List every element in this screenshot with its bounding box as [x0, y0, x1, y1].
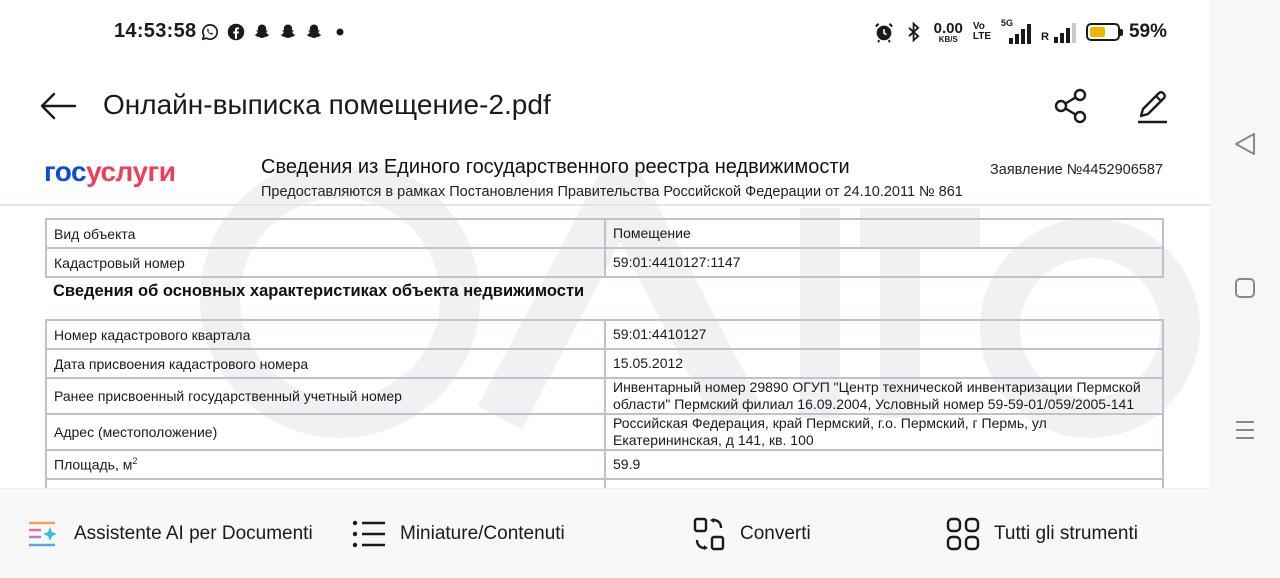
- table-key: Кадастровый номер: [46, 248, 605, 277]
- facebook-icon: [226, 23, 245, 42]
- table-row: Дата присвоения кадастрового номера 15.0…: [46, 349, 1163, 378]
- table-row: Площадь, м2 59.9: [46, 450, 1163, 479]
- table-key: Вид объекта: [46, 219, 605, 248]
- bluetooth-icon: [905, 23, 924, 42]
- home-square-icon: [1234, 277, 1256, 299]
- section-title: Сведения об основных характеристиках объ…: [53, 282, 584, 301]
- status-bar: 14:53:58: [0, 0, 1210, 64]
- battery-percent: 59%: [1129, 21, 1167, 43]
- document-title: Онлайн-выписка помещение-2.pdf: [103, 89, 551, 121]
- pencil-icon: [1135, 87, 1169, 125]
- back-button[interactable]: [38, 86, 78, 126]
- alarm-clock-icon: [873, 21, 895, 43]
- thumbnails-contents-button[interactable]: Miniature/Contenuti: [352, 515, 565, 553]
- notification-icons: [200, 20, 349, 44]
- table-value: Российская Федерация, край Пермский, г.о…: [605, 414, 1163, 450]
- nav-back-button[interactable]: [1232, 131, 1258, 157]
- table-key: Ранее присвоенный государственный учетны…: [46, 378, 605, 414]
- table-row: Адрес (местоположение) Российская Федера…: [46, 414, 1163, 450]
- table-value: 15.05.2012: [605, 349, 1163, 378]
- all-tools-button[interactable]: Tutti gli strumenti: [946, 515, 1138, 553]
- pdf-page-view[interactable]: госуслуги Сведения из Единого государств…: [0, 148, 1210, 488]
- characteristics-table: Номер кадастрового квартала 59:01:441012…: [45, 319, 1164, 488]
- arrow-left-icon: [39, 91, 77, 121]
- pdf-document-header: госуслуги Сведения из Единого государств…: [0, 148, 1210, 206]
- table-key: Дата присвоения кадастрового номера: [46, 349, 605, 378]
- table-row: Номер, тип этажа Этаж 5: [46, 479, 1163, 488]
- grid-icon: [946, 517, 980, 551]
- network-speed: 0.00 KB/S: [934, 21, 963, 44]
- signal-5g-icon: 5G: [1001, 20, 1031, 44]
- application-number: Заявление №4452906587: [990, 162, 1163, 178]
- recents-menu-icon: [1234, 418, 1256, 442]
- app-bar: Онлайн-выписка помещение-2.pdf: [0, 64, 1210, 148]
- table-row: Вид объекта Помещение: [46, 219, 1163, 248]
- table-key: Площадь, м2: [46, 450, 605, 479]
- object-table: Вид объекта Помещение Кадастровый номер …: [45, 218, 1164, 278]
- table-value: 59.9: [605, 450, 1163, 479]
- table-value: Этаж 5: [605, 479, 1163, 488]
- gosuslugi-logo: госуслуги: [44, 156, 175, 188]
- ai-assistant-label: Assistente AI per Documenti: [74, 523, 313, 545]
- share-icon: [1054, 88, 1088, 124]
- volte-indicator: Vo LTE: [973, 22, 991, 42]
- table-key: Номер, тип этажа: [46, 479, 605, 488]
- snapchat-icon: [252, 23, 271, 42]
- system-icons: 0.00 KB/S Vo LTE 5G R: [873, 18, 1167, 46]
- table-value: Инвентарный номер 29890 ОГУП "Центр техн…: [605, 378, 1163, 414]
- list-icon: [352, 517, 386, 551]
- back-triangle-icon: [1234, 132, 1256, 156]
- whatsapp-icon: [200, 23, 219, 42]
- table-value: Помещение: [605, 219, 1163, 248]
- table-key: Адрес (местоположение): [46, 414, 605, 450]
- battery-icon: [1086, 23, 1123, 41]
- document-heading: Сведения из Единого государственного рее…: [261, 156, 850, 179]
- convert-icon: [692, 517, 726, 551]
- share-button[interactable]: [1052, 86, 1090, 126]
- ai-assistant-icon: [26, 517, 60, 551]
- status-time: 14:53:58: [114, 20, 196, 43]
- convert-button[interactable]: Converti: [692, 515, 811, 553]
- more-dot-icon: [330, 23, 349, 42]
- edit-button[interactable]: [1132, 86, 1172, 126]
- table-row: Ранее присвоенный государственный учетны…: [46, 378, 1163, 414]
- signal-roaming-icon: R: [1041, 21, 1076, 43]
- snapchat-icon: [304, 23, 323, 42]
- system-nav-bar: [1210, 0, 1280, 578]
- table-row: Кадастровый номер 59:01:4410127:1147: [46, 248, 1163, 277]
- table-value: 59:01:4410127: [605, 320, 1163, 349]
- snapchat-icon: [278, 23, 297, 42]
- table-row: Номер кадастрового квартала 59:01:441012…: [46, 320, 1163, 349]
- convert-label: Converti: [740, 523, 811, 545]
- pdf-viewer-screen: 14:53:58: [0, 0, 1280, 578]
- table-value: 59:01:4410127:1147: [605, 248, 1163, 277]
- thumbnails-contents-label: Miniature/Contenuti: [400, 523, 565, 545]
- nav-home-button[interactable]: [1232, 275, 1258, 301]
- table-key: Номер кадастрового квартала: [46, 320, 605, 349]
- ai-assistant-button[interactable]: Assistente AI per Documenti: [26, 515, 313, 553]
- all-tools-label: Tutti gli strumenti: [994, 523, 1138, 545]
- nav-recents-button[interactable]: [1232, 417, 1258, 443]
- document-subheading: Предоставляются в рамках Постановления П…: [261, 184, 963, 200]
- bottom-toolbar: Assistente AI per Documenti Miniature/Co…: [0, 488, 1210, 578]
